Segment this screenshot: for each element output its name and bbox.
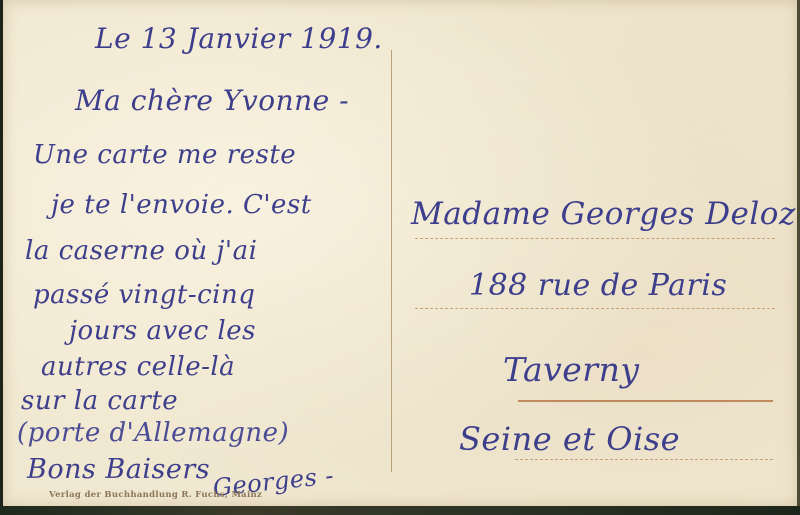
- card-bottom-edge: [0, 506, 800, 515]
- postcard: Le 13 Janvier 1919. Ma chère Yvonne - Un…: [3, 0, 798, 506]
- message-salutation: Ma chère Yvonne -: [75, 84, 349, 117]
- address-city: Taverny: [503, 350, 639, 389]
- publisher-imprint: Verlag der Buchhandlung R. Fuchs, Mainz: [49, 490, 262, 500]
- address-department: Seine et Oise: [459, 420, 680, 458]
- card-left-edge: [0, 0, 3, 515]
- message-line-4: passé vingt-cinq: [33, 280, 255, 310]
- address-street: 188 rue de Paris: [469, 268, 727, 303]
- message-line-7: sur la carte: [21, 386, 178, 416]
- message-line-8: (porte d'Allemagne): [17, 418, 289, 448]
- center-divider-line: [391, 50, 392, 472]
- message-line-2: je te l'envoie. C'est: [51, 190, 312, 220]
- message-date: Le 13 Janvier 1919.: [95, 22, 383, 55]
- message-line-6: autres celle-là: [41, 352, 235, 382]
- message-line-1: Une carte me reste: [33, 140, 296, 170]
- address-name: Madame Georges Delozier: [411, 196, 800, 232]
- address-line-1: [415, 238, 775, 239]
- message-closing: Bons Baisers: [27, 454, 210, 485]
- address-line-4: [515, 459, 773, 460]
- address-line-3: [518, 400, 773, 402]
- message-line-5: jours avec les: [69, 316, 256, 346]
- address-line-2: [415, 308, 775, 309]
- message-line-3: la caserne où j'ai: [25, 236, 257, 266]
